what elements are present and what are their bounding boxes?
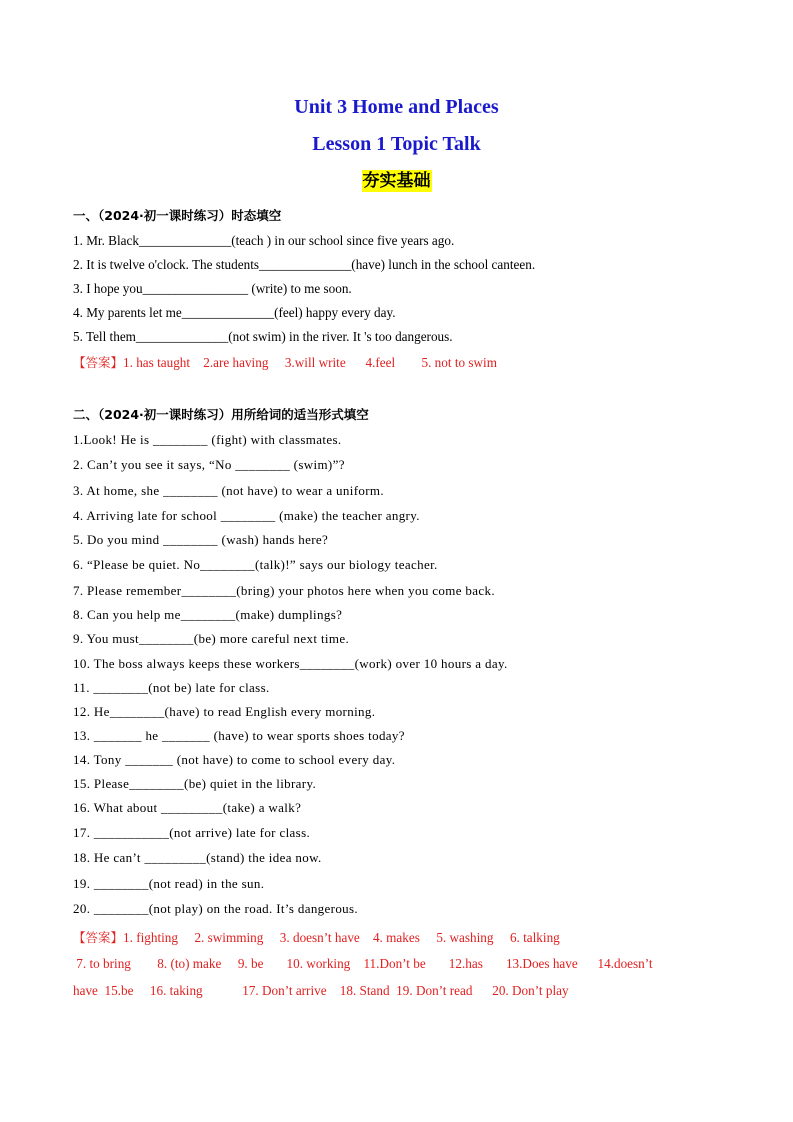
- answer-text: 1. fighting 2. swimming 3. doesn’t have …: [123, 930, 560, 945]
- question-2-7: 7. Please remember________(bring) your p…: [73, 583, 495, 599]
- section-2-heading: 二、（2024·初一课时练习）用所给词的适当形式填空: [73, 405, 369, 423]
- question-2-13: 13. _______ he _______ (have) to wear sp…: [73, 728, 405, 744]
- question-2-15: 15. Please________(be) quiet in the libr…: [73, 776, 316, 792]
- level-badge: 夯实基础: [362, 170, 432, 192]
- question-2-2: 2. Can’t you see it says, “No ________ (…: [73, 457, 345, 473]
- question-2-18: 18. He can’t _________(stand) the idea n…: [73, 850, 322, 866]
- section-2-answer-line-3: have 15.be 16. taking 17. Don’t arrive 1…: [73, 983, 569, 999]
- section-2-answer-line-2: 7. to bring 8. (to) make 9. be 10. worki…: [73, 956, 653, 972]
- question-2-10: 10. The boss always keeps these workers_…: [73, 656, 508, 672]
- question-2-9: 9. You must________(be) more careful nex…: [73, 631, 349, 647]
- question-1-4: 4. My parents let me______________(feel)…: [73, 305, 396, 321]
- question-2-8: 8. Can you help me________(make) dumplin…: [73, 607, 342, 623]
- section-2-answer-line-1: 【答案】1. fighting 2. swimming 3. doesn’t h…: [73, 928, 560, 946]
- answer-label: 【答案】: [73, 355, 123, 370]
- question-2-6: 6. “Please be quiet. No________(talk)!” …: [73, 557, 438, 573]
- question-2-14: 14. Tony _______ (not have) to come to s…: [73, 752, 395, 768]
- lesson-title: Lesson 1 Topic Talk: [0, 133, 793, 156]
- badge-wrap: 夯实基础: [0, 170, 793, 192]
- document-title: Unit 3 Home and Places: [0, 96, 793, 119]
- question-2-16: 16. What about _________(take) a walk?: [73, 800, 301, 816]
- question-2-4: 4. Arriving late for school ________ (ma…: [73, 508, 420, 524]
- answer-label: 【答案】: [73, 930, 123, 945]
- question-1-5: 5. Tell them______________(not swim) in …: [73, 329, 453, 345]
- document-page: Unit 3 Home and Places Lesson 1 Topic Ta…: [0, 0, 793, 1122]
- question-1-2: 2. It is twelve o'clock. The students___…: [73, 257, 535, 273]
- question-2-1: 1.Look! He is ________ (fight) with clas…: [73, 432, 341, 448]
- question-1-3: 3. I hope you________________ (write) to…: [73, 281, 352, 297]
- question-2-17: 17. ___________(not arrive) late for cla…: [73, 825, 310, 841]
- section-1-answer: 【答案】1. has taught 2.are having 3.will wr…: [73, 353, 497, 371]
- answer-text: 1. has taught 2.are having 3.will write …: [123, 355, 497, 370]
- question-2-19: 19. ________(not read) in the sun.: [73, 876, 264, 892]
- question-2-12: 12. He________(have) to read English eve…: [73, 704, 375, 720]
- section-1-heading: 一、（2024·初一课时练习）时态填空: [73, 206, 281, 224]
- question-2-5: 5. Do you mind ________ (wash) hands her…: [73, 532, 328, 548]
- question-2-11: 11. ________(not be) late for class.: [73, 680, 270, 696]
- question-1-1: 1. Mr. Black______________(teach ) in ou…: [73, 233, 454, 249]
- question-2-3: 3. At home, she ________ (not have) to w…: [73, 483, 384, 499]
- question-2-20: 20. ________(not play) on the road. It’s…: [73, 901, 358, 917]
